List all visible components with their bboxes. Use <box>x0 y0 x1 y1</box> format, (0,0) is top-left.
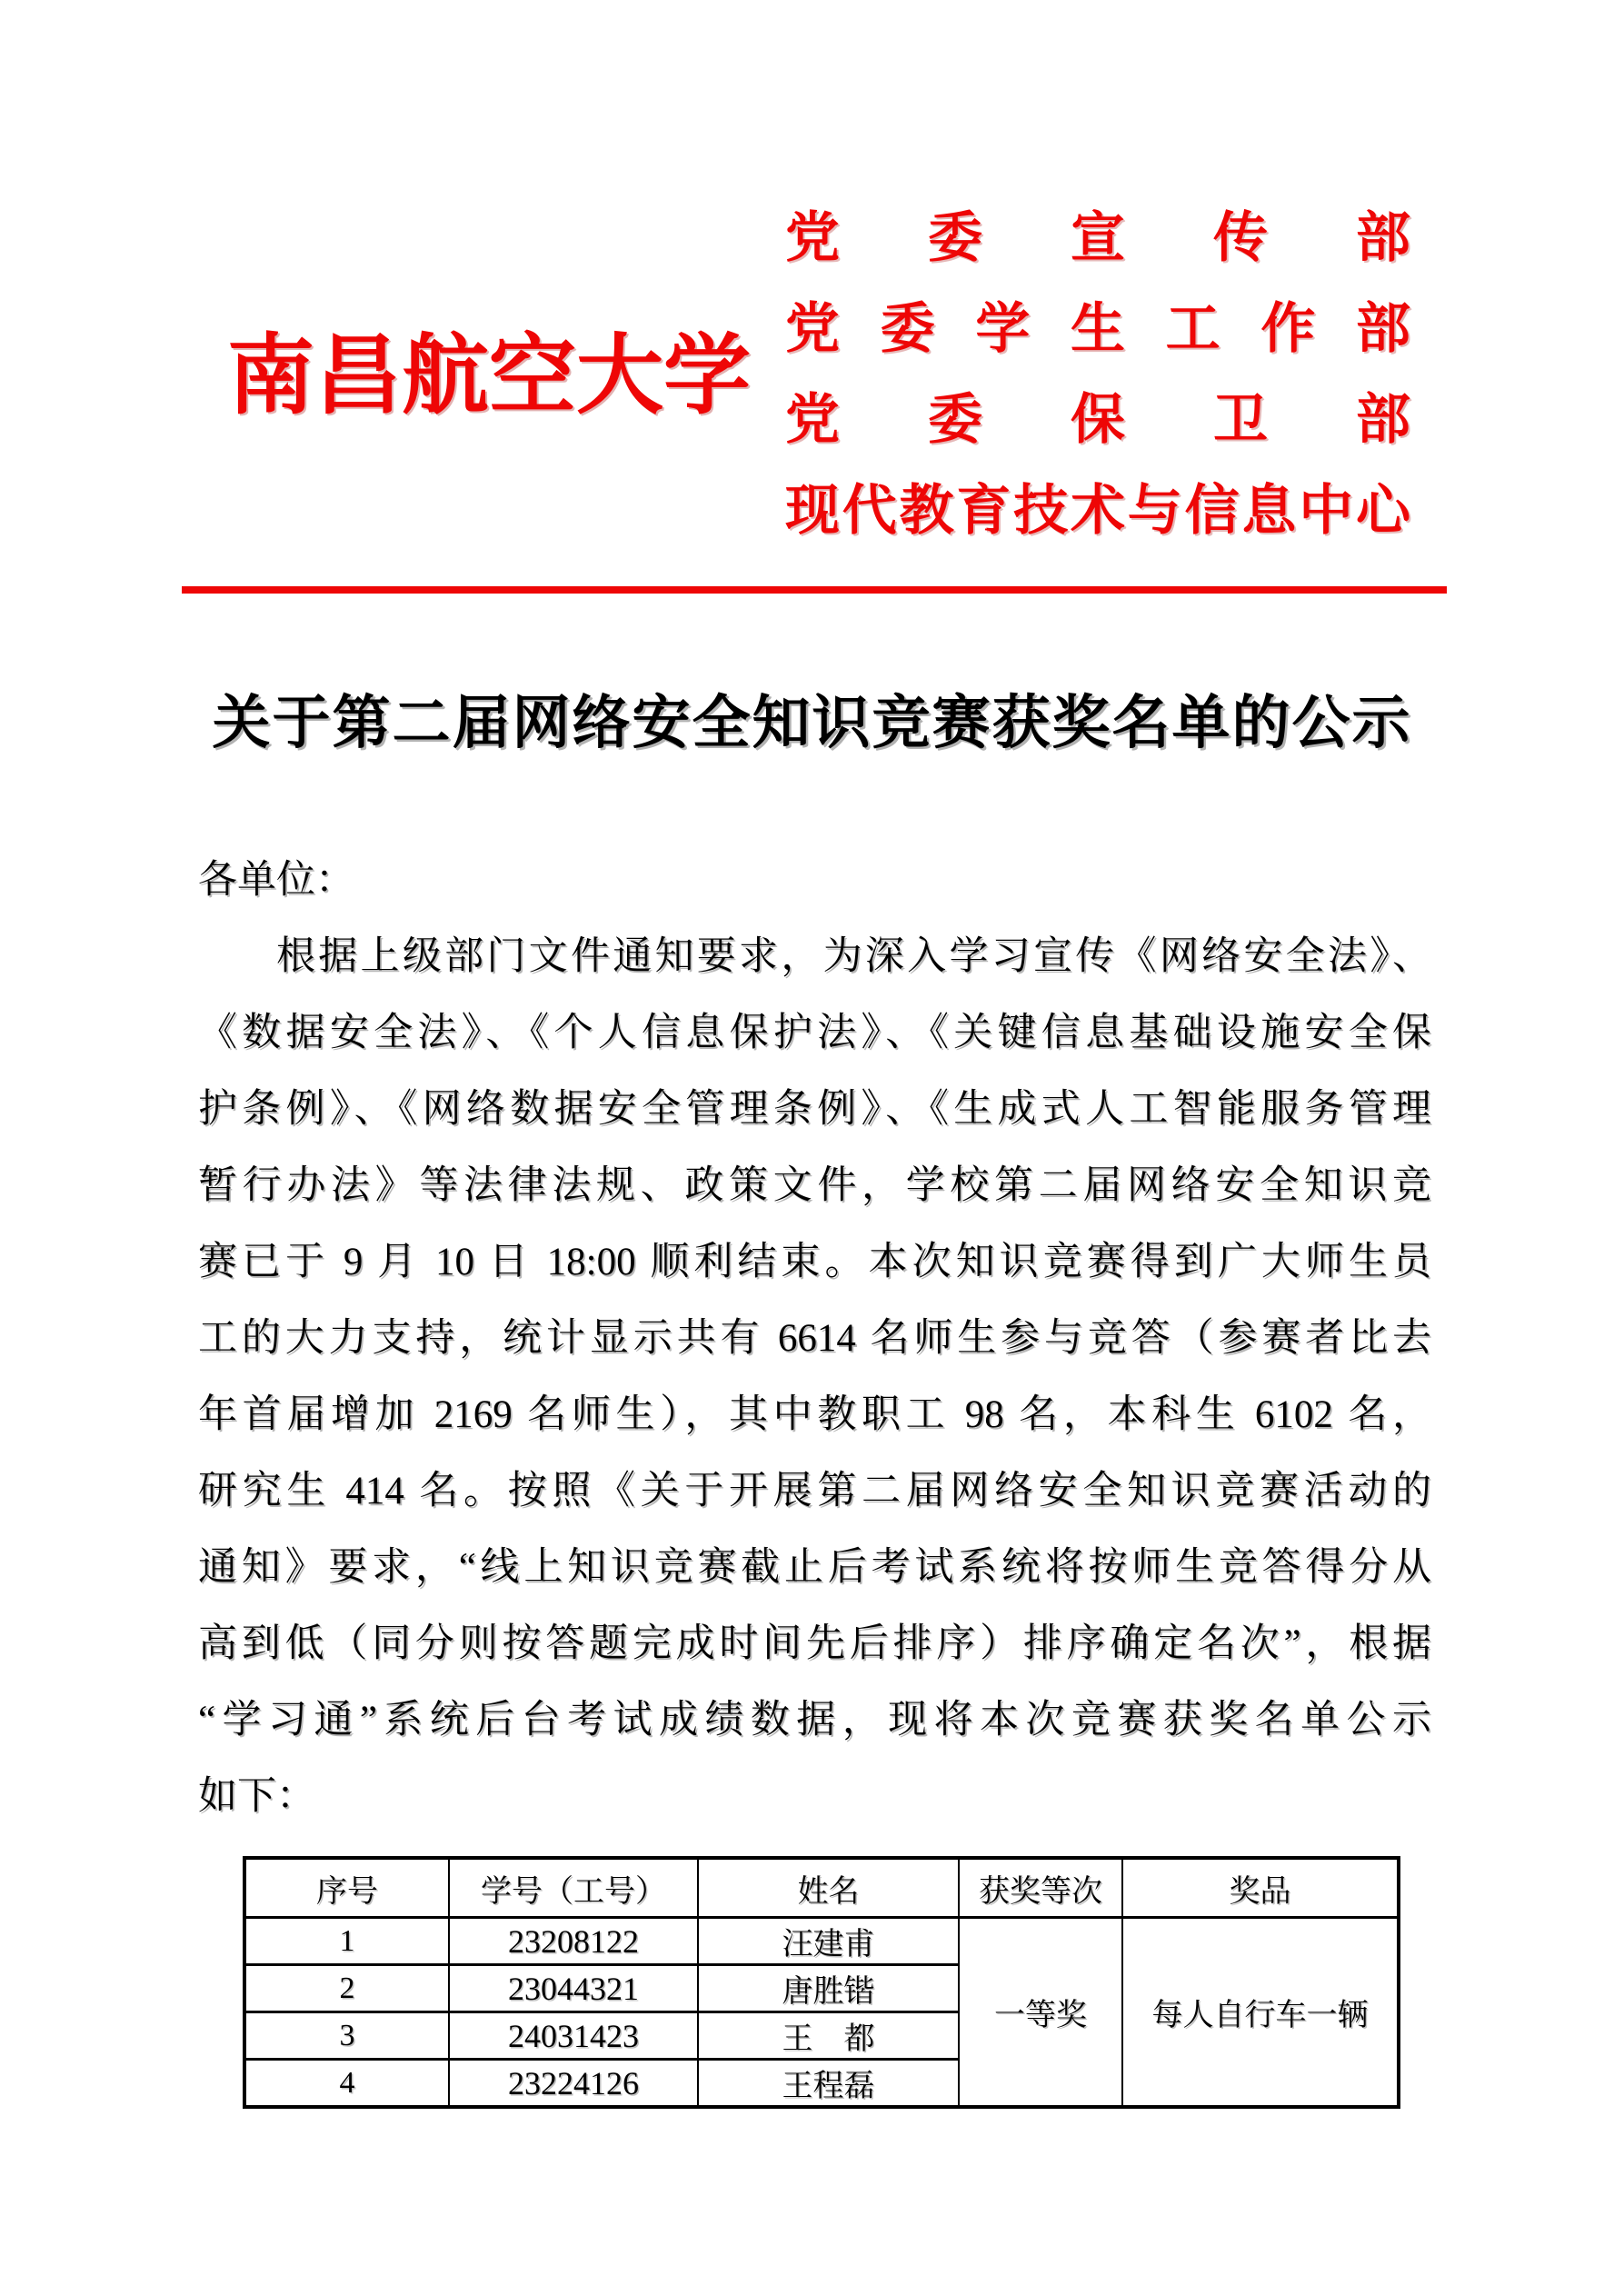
body-line-4: 暂行办法》等法律法规、政策文件，学校第二届网络安全知识竞 <box>198 1148 1431 1224</box>
row-student-id: 23044321 <box>449 1965 698 2012</box>
row-student-id: 23224126 <box>449 2060 698 2108</box>
body-line-7: 年首届增加 2169 名师生），其中教职工 98 名，本科生 6102 名， <box>198 1377 1431 1453</box>
salutation: 各单位： <box>198 843 1431 919</box>
dept-student-affairs: 党委学生工作部 <box>785 284 1410 374</box>
col-header-id: 学号（工号） <box>449 1858 698 1918</box>
award-level-cell: 一等奖 <box>959 1918 1122 2108</box>
row-index: 4 <box>244 2060 449 2108</box>
col-header-name: 姓名 <box>698 1858 959 1918</box>
row-index: 2 <box>244 1965 449 2012</box>
row-name: 王 都 <box>698 2012 959 2060</box>
body-line-9: 通知》要求，“线上知识竞赛截止后考试系统将按师生竞答得分从 <box>198 1530 1431 1606</box>
body-line-2: 《数据安全法》、《个人信息保护法》、《关键信息基础设施安全保 <box>198 995 1431 1072</box>
col-header-award: 获奖等次 <box>959 1858 1122 1918</box>
row-name: 唐胜锴 <box>698 1965 959 2012</box>
row-name: 王程磊 <box>698 2060 959 2108</box>
body-line-8: 研究生 414 名。按照《关于开展第二届网络安全知识竞赛活动的 <box>198 1453 1431 1530</box>
prize-cell: 每人自行车一辆 <box>1122 1918 1399 2108</box>
document-page: 南昌航空大学 党委宣传部 党委学生工作部 党委保卫部 现代教育技术与信息中心 关… <box>0 0 1624 2296</box>
department-list: 党委宣传部 党委学生工作部 党委保卫部 现代教育技术与信息中心 <box>785 193 1410 556</box>
col-header-prize: 奖品 <box>1122 1858 1399 1918</box>
closing-line: 如下： <box>198 1759 1431 1835</box>
university-name: 南昌航空大学 <box>227 325 759 427</box>
table-header-row: 序号 学号（工号） 姓名 获奖等次 奖品 <box>244 1858 1399 1918</box>
dept-security: 党委保卫部 <box>785 374 1410 465</box>
body-line-6: 工的大力支持，统计显示共有 6614 名师生参与竞答（参赛者比去 <box>198 1301 1431 1377</box>
dept-it-center: 现代教育技术与信息中心 <box>785 465 1410 556</box>
row-student-id: 24031423 <box>449 2012 698 2060</box>
body-text: 各单位： 根据上级部门文件通知要求，为深入学习宣传《网络安全法》、 《数据安全法… <box>198 843 1431 1835</box>
row-name: 汪建甫 <box>698 1918 959 1965</box>
row-index: 3 <box>244 2012 449 2060</box>
letterhead-divider <box>182 586 1447 594</box>
body-line-3: 护条例》、《网络数据安全管理条例》、《生成式人工智能服务管理 <box>198 1072 1431 1148</box>
row-index: 1 <box>244 1918 449 1965</box>
body-line-11: “学习通”系统后台考试成绩数据，现将本次竞赛获奖名单公示 <box>198 1682 1431 1759</box>
row-student-id: 23208122 <box>449 1918 698 1965</box>
body-line-5: 赛已于 9 月 10 日 18:00 顺利结束。本次知识竞赛得到广大师生员 <box>198 1224 1431 1301</box>
awards-table: 序号 学号（工号） 姓名 获奖等次 奖品 1 23208122 汪建甫 一等奖 … <box>243 1856 1400 2109</box>
body-line-10: 高到低（同分则按答题完成时间先后排序）排序确定名次”，根据 <box>198 1606 1431 1682</box>
body-line-1: 根据上级部门文件通知要求，为深入学习宣传《网络安全法》、 <box>198 919 1431 995</box>
col-header-index: 序号 <box>244 1858 449 1918</box>
page-title: 关于第二届网络安全知识竞赛获奖名单的公示 <box>0 676 1624 760</box>
dept-propaganda: 党委宣传部 <box>785 193 1410 284</box>
table-row: 1 23208122 汪建甫 一等奖 每人自行车一辆 <box>244 1918 1399 1965</box>
